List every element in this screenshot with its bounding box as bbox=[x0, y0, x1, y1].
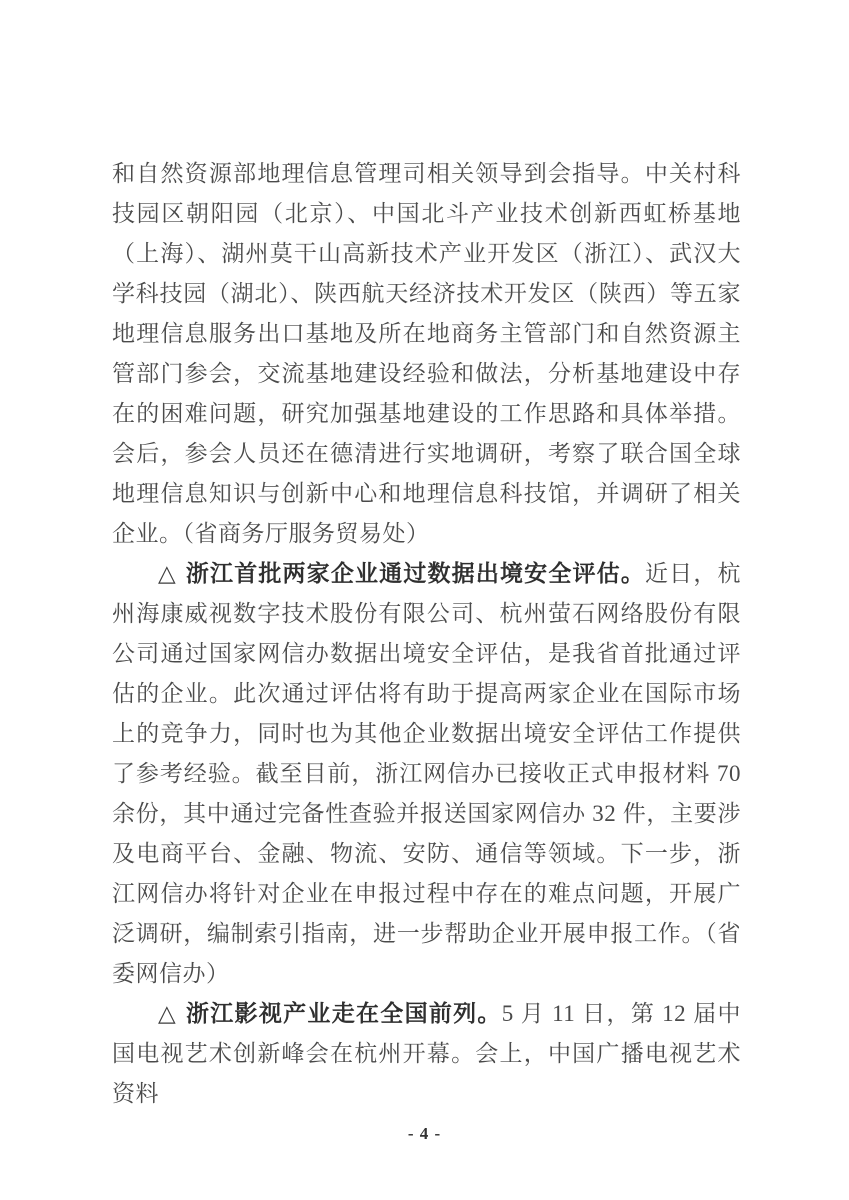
document-page: 和自然资源部地理信息管理司相关领导到会指导。中关村科技园区朝阳园（北京）、中国北… bbox=[0, 0, 849, 1200]
news-headline-1: 浙江首批两家企业通过数据出境安全评估。 bbox=[186, 561, 645, 586]
page-footer: - 4 - bbox=[0, 1124, 849, 1144]
news-headline-2: 浙江影视产业走在全国前列。 bbox=[186, 1001, 502, 1026]
page-number: - 4 - bbox=[408, 1124, 441, 1143]
paragraph-news-item-2: △浙江影视产业走在全国前列。5 月 11 日，第 12 届中国电视艺术创新峰会在… bbox=[112, 994, 741, 1114]
paragraph-text: 近日，杭州海康威视数字技术股份有限公司、杭州萤石网络股份有限公司通过国家网信办数… bbox=[112, 561, 741, 986]
triangle-bullet-icon: △ bbox=[158, 561, 177, 586]
paragraph-text: 和自然资源部地理信息管理司相关领导到会指导。中关村科技园区朝阳园（北京）、中国北… bbox=[112, 161, 741, 546]
paragraph-news-item-1: △浙江首批两家企业通过数据出境安全评估。近日，杭州海康威视数字技术股份有限公司、… bbox=[112, 554, 741, 994]
page-text-block: 和自然资源部地理信息管理司相关领导到会指导。中关村科技园区朝阳园（北京）、中国北… bbox=[112, 154, 741, 1114]
paragraph-continued: 和自然资源部地理信息管理司相关领导到会指导。中关村科技园区朝阳园（北京）、中国北… bbox=[112, 154, 741, 554]
triangle-bullet-icon: △ bbox=[158, 1001, 177, 1026]
